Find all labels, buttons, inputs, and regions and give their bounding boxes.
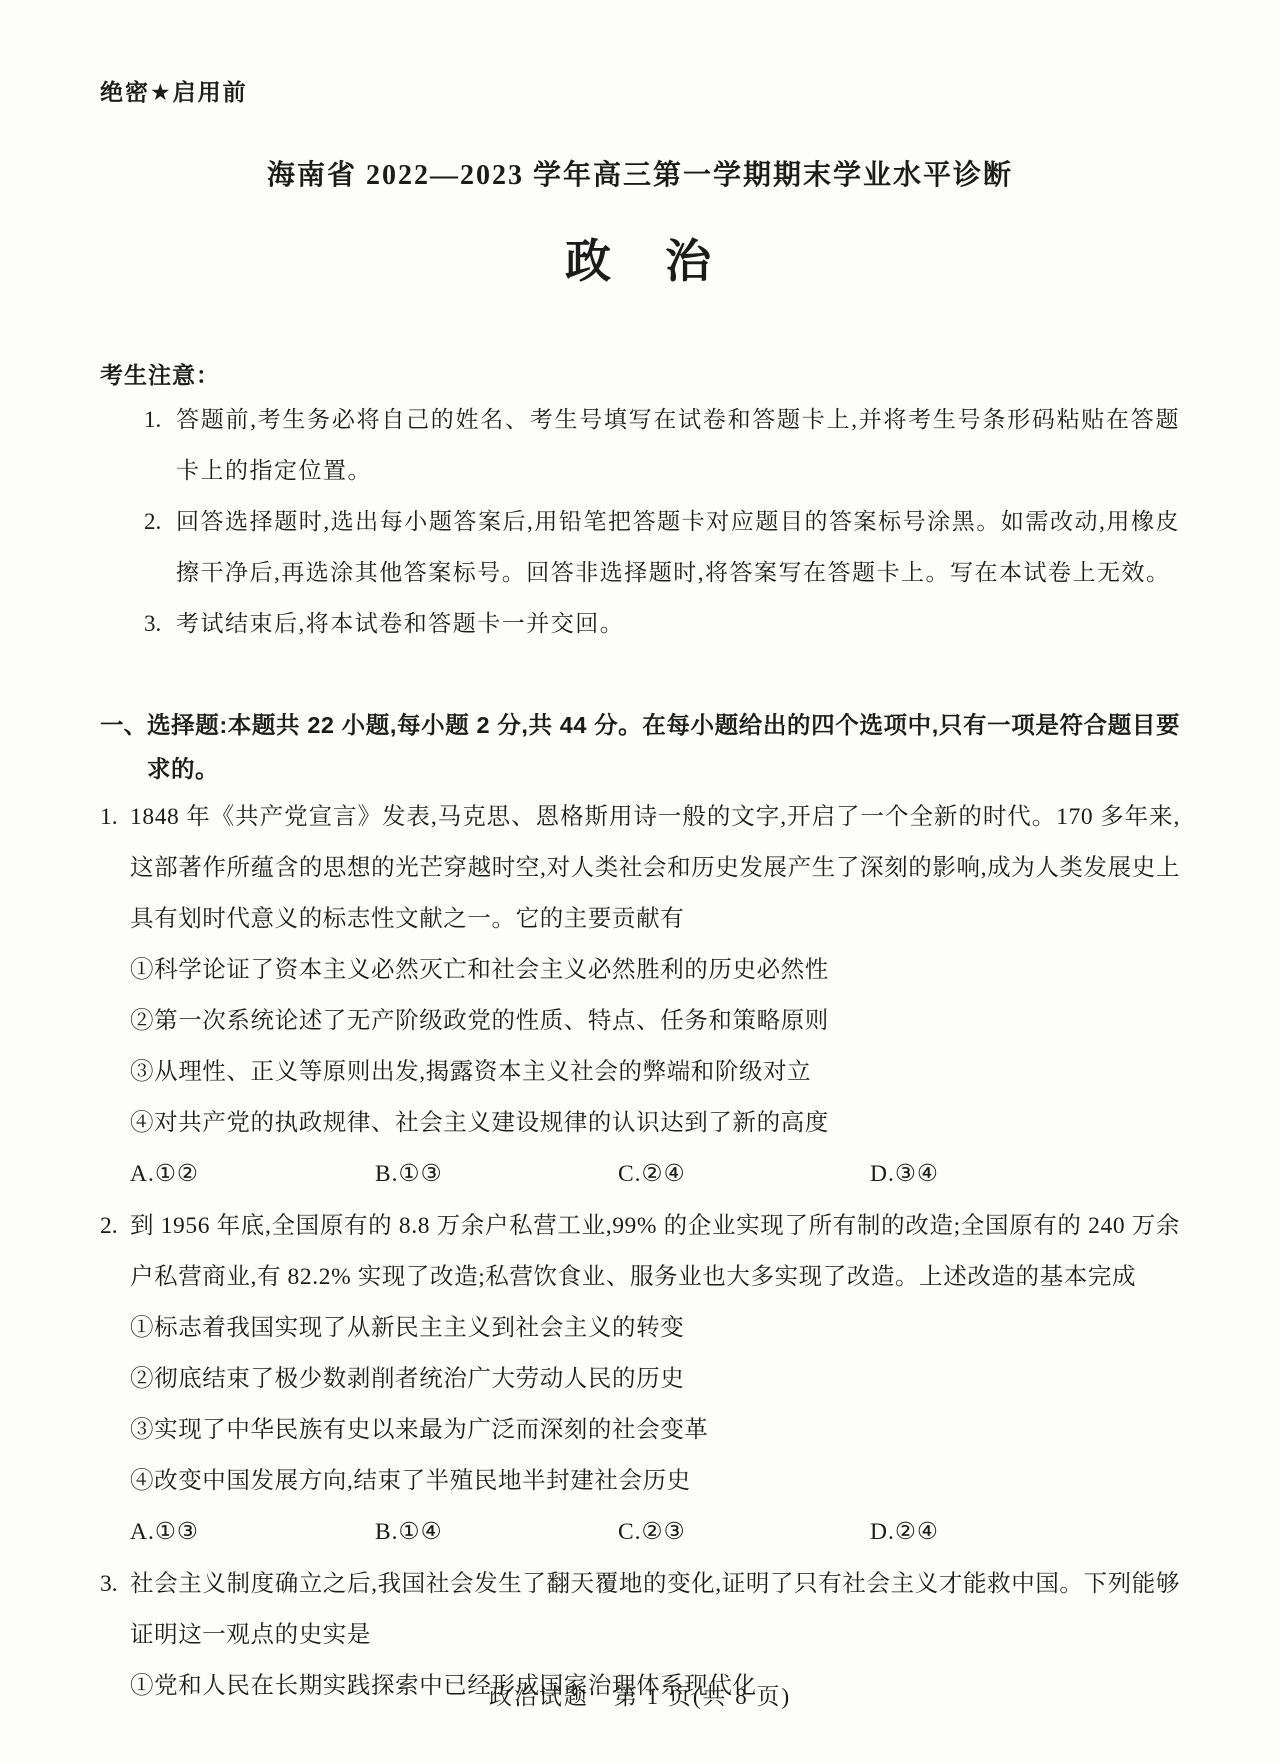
question-stem: 1848 年《共产党宣言》发表,马克思、恩格斯用诗一般的文字,开启了一个全新的时… xyxy=(130,792,1180,945)
notice-item-1: 1. 答题前,考生务必将自己的姓名、考生号填写在试卷和答题卡上,并将考生号条形码… xyxy=(144,394,1180,496)
section-marker: 一、 xyxy=(100,703,147,791)
notice-item-text: 回答选择题时,选出每小题答案后,用铅笔把答题卡对应题目的答案标号涂黑。如需改动,… xyxy=(176,496,1180,598)
notice-item-2: 2. 回答选择题时,选出每小题答案后,用铅笔把答题卡对应题目的答案标号涂黑。如需… xyxy=(144,496,1180,598)
notice-item-number: 1. xyxy=(144,394,176,496)
question-body: 1848 年《共产党宣言》发表,马克思、恩格斯用诗一般的文字,开启了一个全新的时… xyxy=(130,792,1180,1200)
option-d: D.③④ xyxy=(870,1149,1180,1200)
option-b: B.①④ xyxy=(375,1507,618,1558)
section-heading-choice-questions: 一、 选择题:本题共 22 小题,每小题 2 分,共 44 分。在每小题给出的四… xyxy=(100,703,1180,791)
question-statement-3: ③从理性、正义等原则出发,揭露资本主义社会的弊端和阶级对立 xyxy=(130,1047,1180,1098)
question-statement-3: ③实现了中华民族有史以来最为广泛而深刻的社会变革 xyxy=(130,1405,1180,1456)
question-stem: 到 1956 年底,全国原有的 8.8 万余户私营工业,99% 的企业实现了所有… xyxy=(130,1201,1180,1303)
question-statement-2: ②第一次系统论述了无产阶级政党的性质、特点、任务和策略原则 xyxy=(130,996,1180,1047)
question-number: 2. xyxy=(100,1201,130,1558)
candidate-notice: 考生注意： 1. 答题前,考生务必将自己的姓名、考生号填写在试卷和答题卡上,并将… xyxy=(100,357,1180,649)
classification-label: 绝密★启用前 xyxy=(100,74,1180,107)
question-statement-4: ④对共产党的执政规律、社会主义建设规律的认识达到了新的高度 xyxy=(130,1098,1180,1149)
option-a: A.①③ xyxy=(130,1507,375,1558)
section-heading-text: 选择题:本题共 22 小题,每小题 2 分,共 44 分。在每小题给出的四个选项… xyxy=(147,703,1180,791)
option-c: C.②③ xyxy=(618,1507,870,1558)
option-b: B.①③ xyxy=(375,1149,618,1200)
question-statement-4: ④改变中国发展方向,结束了半殖民地半封建社会历史 xyxy=(130,1456,1180,1507)
notice-item-text: 答题前,考生务必将自己的姓名、考生号填写在试卷和答题卡上,并将考生号条形码粘贴在… xyxy=(176,394,1180,496)
notice-item-3: 3. 考试结束后,将本试卷和答题卡一并交回。 xyxy=(144,598,1180,649)
question-number: 1. xyxy=(100,792,130,1200)
notice-item-number: 2. xyxy=(144,496,176,598)
question-1: 1. 1848 年《共产党宣言》发表,马克思、恩格斯用诗一般的文字,开启了一个全… xyxy=(100,792,1180,1200)
answer-options-row: A.①② B.①③ C.②④ D.③④ xyxy=(130,1149,1180,1200)
question-body: 到 1956 年底,全国原有的 8.8 万余户私营工业,99% 的企业实现了所有… xyxy=(130,1201,1180,1558)
question-statement-1: ①标志着我国实现了从新民主主义到社会主义的转变 xyxy=(130,1303,1180,1354)
question-statement-2: ②彻底结束了极少数剥削者统治广大劳动人民的历史 xyxy=(130,1354,1180,1405)
page-title: 海南省 2022—2023 学年高三第一学期期末学业水平诊断 xyxy=(100,153,1180,193)
notice-item-text: 考试结束后,将本试卷和答题卡一并交回。 xyxy=(176,598,1180,649)
notice-list: 1. 答题前,考生务必将自己的姓名、考生号填写在试卷和答题卡上,并将考生号条形码… xyxy=(144,394,1180,649)
page-footer: 政治试题 第 1 页(共 8 页) xyxy=(0,1678,1280,1711)
notice-item-number: 3. xyxy=(144,598,176,649)
question-stem: 社会主义制度确立之后,我国社会发生了翻天覆地的变化,证明了只有社会主义才能救中国… xyxy=(130,1559,1180,1661)
question-statement-1: ①科学论证了资本主义必然灭亡和社会主义必然胜利的历史必然性 xyxy=(130,945,1180,996)
option-c: C.②④ xyxy=(618,1149,870,1200)
option-d: D.②④ xyxy=(870,1507,1180,1558)
notice-heading: 考生注意： xyxy=(100,357,1180,390)
exam-paper-page: 绝密★启用前 海南省 2022—2023 学年高三第一学期期末学业水平诊断 政 … xyxy=(0,0,1280,1763)
answer-options-row: A.①③ B.①④ C.②③ D.②④ xyxy=(130,1507,1180,1558)
question-2: 2. 到 1956 年底,全国原有的 8.8 万余户私营工业,99% 的企业实现… xyxy=(100,1201,1180,1558)
option-a: A.①② xyxy=(130,1149,375,1200)
subject-title: 政 治 xyxy=(100,225,1180,291)
